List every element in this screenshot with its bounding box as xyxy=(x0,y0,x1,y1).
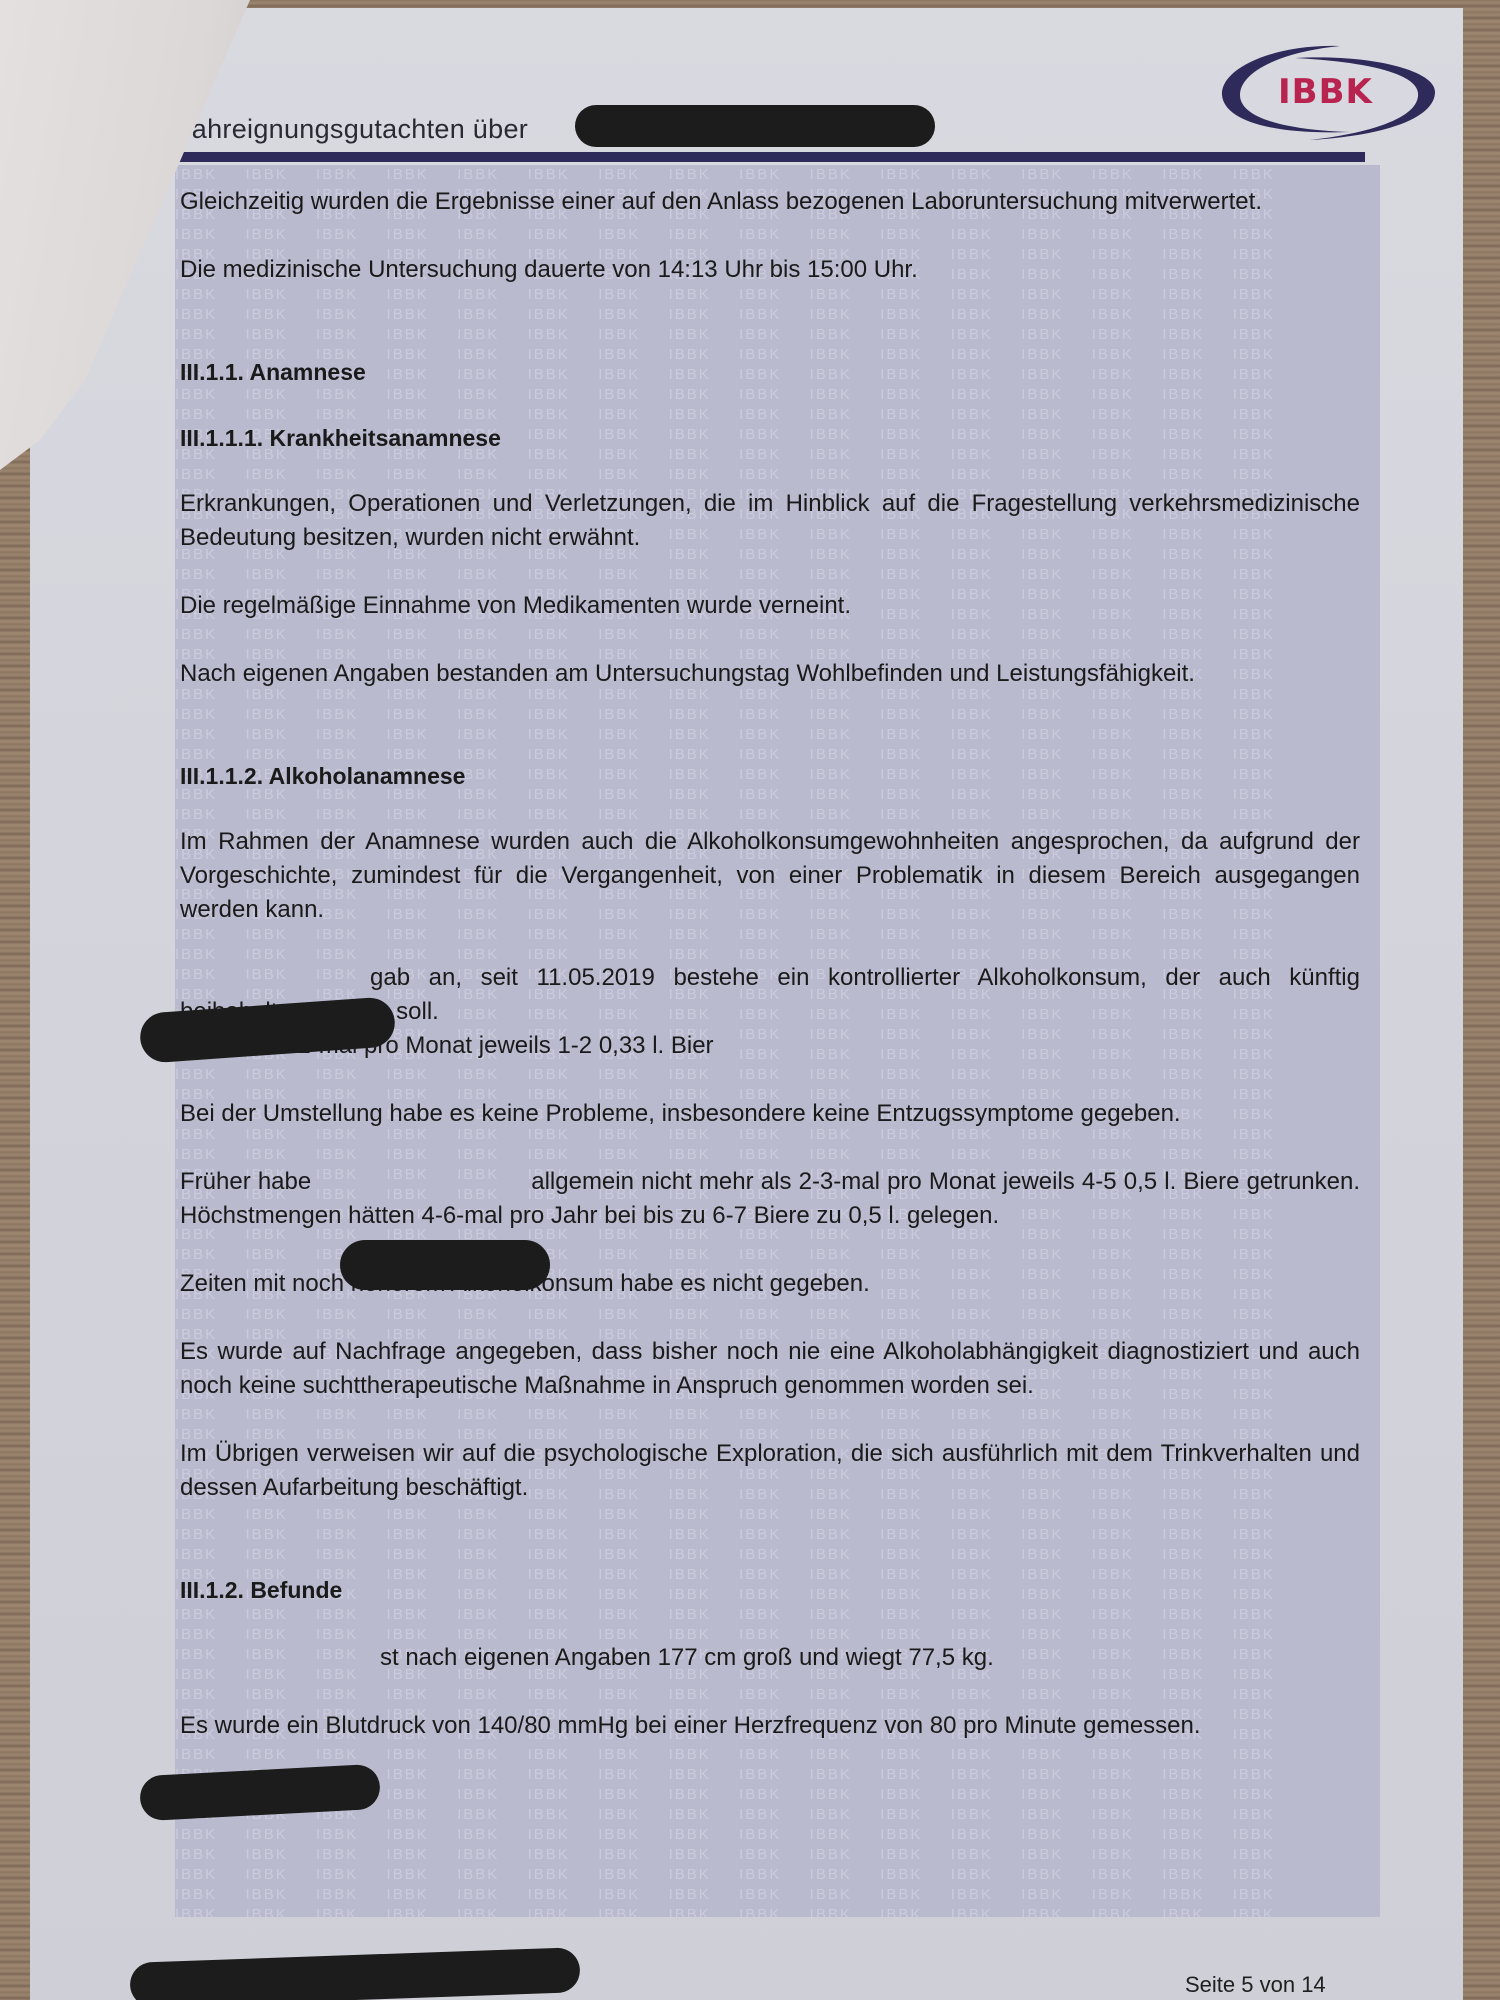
paragraph-medication: Die regelmäßige Einnahme von Medikamente… xyxy=(180,589,1360,623)
paragraph-alcohol-intro: Im Rahmen der Anamnese wurden auch die A… xyxy=(180,825,1360,927)
document-header-title: Fahreignungsgutachten über xyxy=(175,114,528,145)
paragraph-blood-pressure: Es wurde ein Blutdruck von 140/80 mmHg b… xyxy=(180,1709,1360,1743)
paragraph-previous-drinking: Früher habeallgemein nicht mehr als 2-3-… xyxy=(180,1165,1360,1233)
paragraph-laboratory: Gleichzeitig wurden die Ergebnisse einer… xyxy=(180,185,1360,219)
page-number: Seite 5 von 14 xyxy=(1185,1972,1326,1998)
redaction-name-2 xyxy=(340,1240,550,1290)
redaction-header-name xyxy=(575,105,935,147)
paragraph-height-weight: st nach eigenen Angaben 177 cm groß und … xyxy=(180,1641,1360,1675)
paragraph-wellbeing: Nach eigenen Angaben bestanden am Unters… xyxy=(180,657,1360,691)
heading-krankheitsanamnese: III.1.1.1. Krankheitsanamnese xyxy=(180,421,1360,455)
paragraph-examination-time: Die medizinische Untersuchung dauerte vo… xyxy=(180,253,1360,287)
previous-drinking-rest: allgemein nicht mehr als 2-3-mal pro Mon… xyxy=(180,1168,1360,1229)
heading-alkoholanamnese: III.1.1.2. Alkoholanamnese xyxy=(180,759,1360,793)
ibbk-logo-text: IBBK xyxy=(1278,72,1373,112)
previous-drinking-start: Früher habe xyxy=(180,1168,311,1195)
paragraph-illnesses: Erkrankungen, Operationen und Verletzung… xyxy=(180,487,1360,555)
header-divider xyxy=(163,152,1365,162)
height-weight-text: st nach eigenen Angaben 177 cm groß und … xyxy=(380,1644,994,1671)
document-body: Gleichzeitig wurden die Ergebnisse einer… xyxy=(180,185,1360,1743)
heading-anamnese: III.1.1. Anamnese xyxy=(180,355,1360,389)
paragraph-psychological-reference: Im Übrigen verweisen wir auf die psychol… xyxy=(180,1437,1360,1505)
paragraph-no-withdrawal: Bei der Umstellung habe es keine Problem… xyxy=(180,1097,1360,1131)
paragraph-no-dependency: Es wurde auf Nachfrage angegeben, dass b… xyxy=(180,1335,1360,1403)
heading-befunde: III.1.2. Befunde xyxy=(180,1573,1360,1607)
